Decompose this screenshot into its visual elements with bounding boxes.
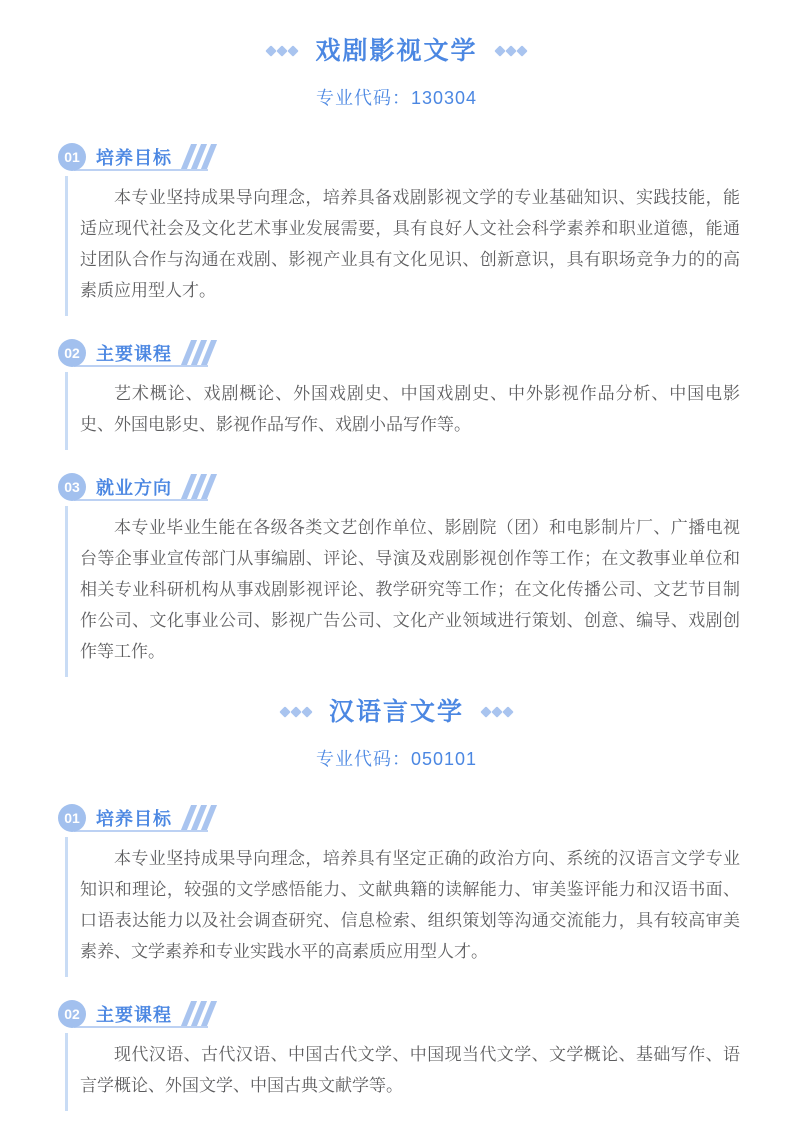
major-block-drama-film-tv-literature: 戏剧影视文学 专业代码：130304 01 培养目标 本专业坚持成果导向理念，培… [0,36,793,677]
section-training-objectives: 01 培养目标 本专业坚持成果导向理念，培养具有坚定正确的政治方向、系统的汉语言… [0,803,793,977]
section-training-objectives: 01 培养目标 本专业坚持成果导向理念，培养具备戏剧影视文学的专业基础知识、实践… [0,142,793,316]
major-code: 专业代码：130304 [0,86,793,110]
section-number-badge: 01 [58,143,86,171]
section-label: 主要课程 [96,340,172,366]
major-title: 汉语言文学 [329,697,464,727]
section-header: 02 主要课程 [58,338,278,368]
section-body: 本专业坚持成果导向理念，培养具有坚定正确的政治方向、系统的汉语言文学专业知识和理… [65,837,740,977]
slashes-icon [186,474,216,499]
diamonds-left-icon [281,708,311,716]
section-label: 就业方向 [96,474,172,500]
section-number-badge: 02 [58,339,86,367]
section-body: 本专业坚持成果导向理念，培养具备戏剧影视文学的专业基础知识、实践技能，能适应现代… [65,176,740,316]
section-body: 本专业毕业生能在各级各类文艺创作单位、影剧院（团）和电影制片厂、广播电视台等企事… [65,506,740,677]
slashes-icon [186,144,216,169]
section-number-badge: 02 [58,1000,86,1028]
section-body: 艺术概论、戏剧概论、外国戏剧史、中国戏剧史、中外影视作品分析、中国电影史、外国电… [65,372,740,450]
section-main-courses: 02 主要课程 艺术概论、戏剧概论、外国戏剧史、中国戏剧史、中外影视作品分析、中… [0,338,793,450]
section-header: 01 培养目标 [58,803,278,833]
slashes-icon [186,805,216,830]
section-body: 现代汉语、古代汉语、中国古代文学、中国现当代文学、文学概论、基础写作、语言学概论… [65,1033,740,1111]
section-main-courses: 02 主要课程 现代汉语、古代汉语、中国古代文学、中国现当代文学、文学概论、基础… [0,999,793,1111]
major-title-row: 戏剧影视文学 [0,36,793,66]
section-header: 02 主要课程 [58,999,278,1029]
diamonds-left-icon [267,47,297,55]
diamonds-right-icon [482,708,512,716]
section-number-badge: 01 [58,804,86,832]
section-number-badge: 03 [58,473,86,501]
section-label: 培养目标 [96,805,172,831]
section-label: 主要课程 [96,1001,172,1027]
slashes-icon [186,1001,216,1026]
diamonds-right-icon [496,47,526,55]
major-title-row: 汉语言文学 [0,697,793,727]
section-header: 03 就业方向 [58,472,278,502]
section-label: 培养目标 [96,144,172,170]
major-code: 专业代码：050101 [0,747,793,771]
major-block-chinese-language-literature: 汉语言文学 专业代码：050101 01 培养目标 本专业坚持成果导向理念，培养… [0,697,793,1111]
brochure-page: 戏剧影视文学 专业代码：130304 01 培养目标 本专业坚持成果导向理念，培… [0,0,793,1111]
section-employment-direction: 03 就业方向 本专业毕业生能在各级各类文艺创作单位、影剧院（团）和电影制片厂、… [0,472,793,677]
section-header: 01 培养目标 [58,142,278,172]
major-title: 戏剧影视文学 [315,36,477,66]
slashes-icon [186,340,216,365]
